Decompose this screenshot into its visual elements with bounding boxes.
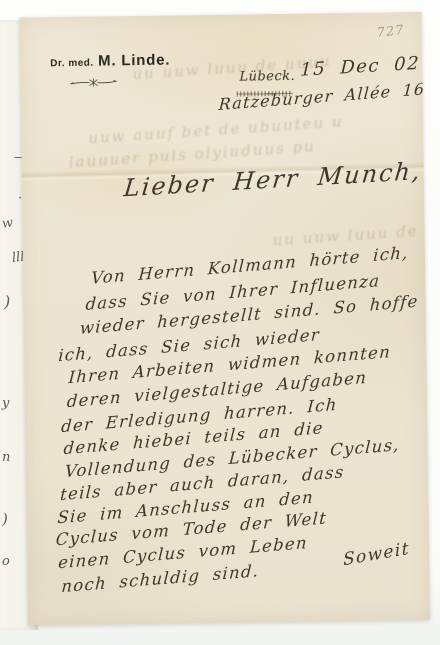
ink-fragment: n <box>2 450 10 465</box>
ink-fragment: w <box>1 215 14 231</box>
body-continuation-word: Soweit <box>343 539 410 571</box>
letterhead-name: M. Linde. <box>98 52 170 70</box>
letter-page: uu uuw luuu de uuuu uuw auuf bet de ubuu… <box>20 12 430 626</box>
city-stamp: Lübeck. <box>239 69 295 85</box>
ink-fragment: ) <box>2 510 8 528</box>
letterhead-flourish-ornament <box>69 76 117 89</box>
ink-fragment: o <box>2 554 10 569</box>
ink-fragment: y <box>2 396 9 411</box>
letterhead-title: Dr. med. <box>50 58 94 70</box>
address-handwritten: Ratzeburger Allée 16 <box>218 79 426 114</box>
scanned-letter-photo: — — —· — — ·— w lll, ) y n ) o uu uuw lu… <box>0 0 440 645</box>
ink-fragment: ) <box>4 292 10 311</box>
archival-number-pencil: 727 <box>376 23 405 41</box>
letterhead: Dr. med. M. Linde. <box>50 52 170 72</box>
